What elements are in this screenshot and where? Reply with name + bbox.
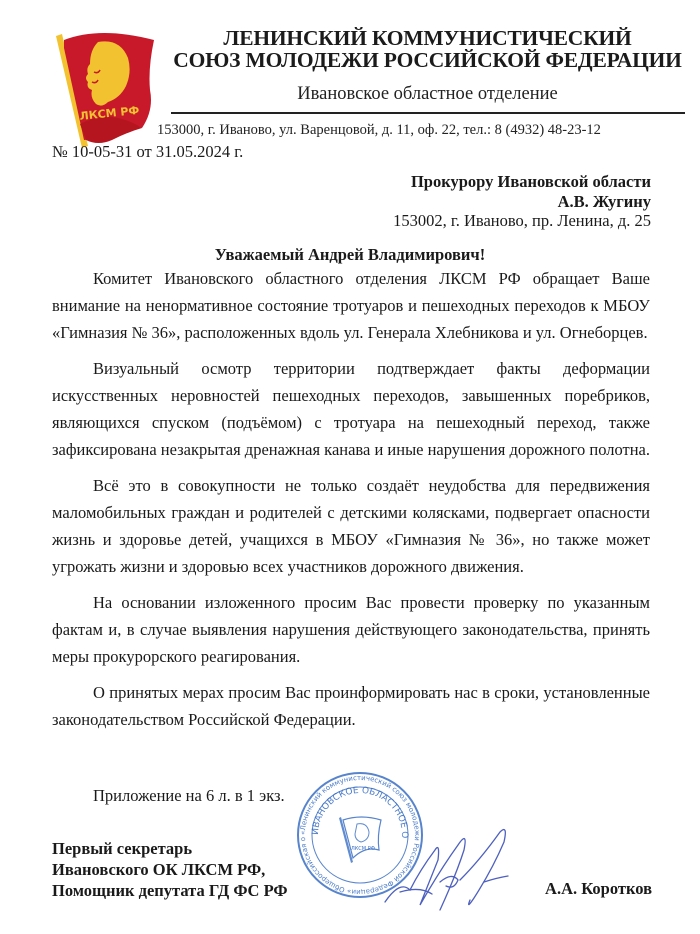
paragraph: На основании изложенного просим Вас пров… <box>52 589 650 670</box>
addressee-block: Прокурору Ивановской области А.В. Жугину… <box>393 172 651 231</box>
addressee-name: А.В. Жугину <box>393 192 651 212</box>
paragraph: Комитет Ивановского областного отделения… <box>52 265 650 346</box>
org-branch: Ивановское областное отделение <box>170 84 685 104</box>
header-divider <box>171 112 685 114</box>
paragraph: О принятых мерах просим Вас проинформиро… <box>52 679 650 733</box>
org-name-line2: СОЮЗ МОЛОДЕЖИ РОССИЙСКОЙ ФЕДЕРАЦИИ <box>170 49 685 71</box>
signer-title-line2: Ивановского ОК ЛКСМ РФ, <box>52 859 288 880</box>
org-name-line1: ЛЕНИНСКИЙ КОММУНИСТИЧЕСКИЙ <box>170 27 685 49</box>
paragraph: Всё это в совокупности не только создаёт… <box>52 472 650 580</box>
addressee-position: Прокурору Ивановской области <box>393 172 651 192</box>
svg-text:ЛКСМ РФ: ЛКСМ РФ <box>351 846 376 852</box>
handwritten-signature <box>380 820 520 920</box>
org-address: 153000, г. Иваново, ул. Варенцовой, д. 1… <box>0 122 700 138</box>
attachment-note: Приложение на 6 л. в 1 экз. <box>93 787 285 805</box>
signer-name: А.А. Коротков <box>545 880 652 898</box>
paragraph: Визуальный осмотр территории подтверждае… <box>52 355 650 463</box>
signature-icon <box>380 820 520 920</box>
letter-body: Комитет Ивановского областного отделения… <box>52 265 650 742</box>
salutation: Уважаемый Андрей Владимирович! <box>0 246 700 264</box>
addressee-address: 153002, г. Иваново, пр. Ленина, д. 25 <box>393 211 651 231</box>
document-reference: № 10-05-31 от 31.05.2024 г. <box>52 143 243 161</box>
signer-titles: Первый секретарь Ивановского ОК ЛКСМ РФ,… <box>52 838 288 901</box>
org-name: ЛЕНИНСКИЙ КОММУНИСТИЧЕСКИЙ СОЮЗ МОЛОДЕЖИ… <box>170 27 685 71</box>
signer-title-line1: Первый секретарь <box>52 838 288 859</box>
signer-title-line3: Помощник депутата ГД ФС РФ <box>52 880 288 901</box>
